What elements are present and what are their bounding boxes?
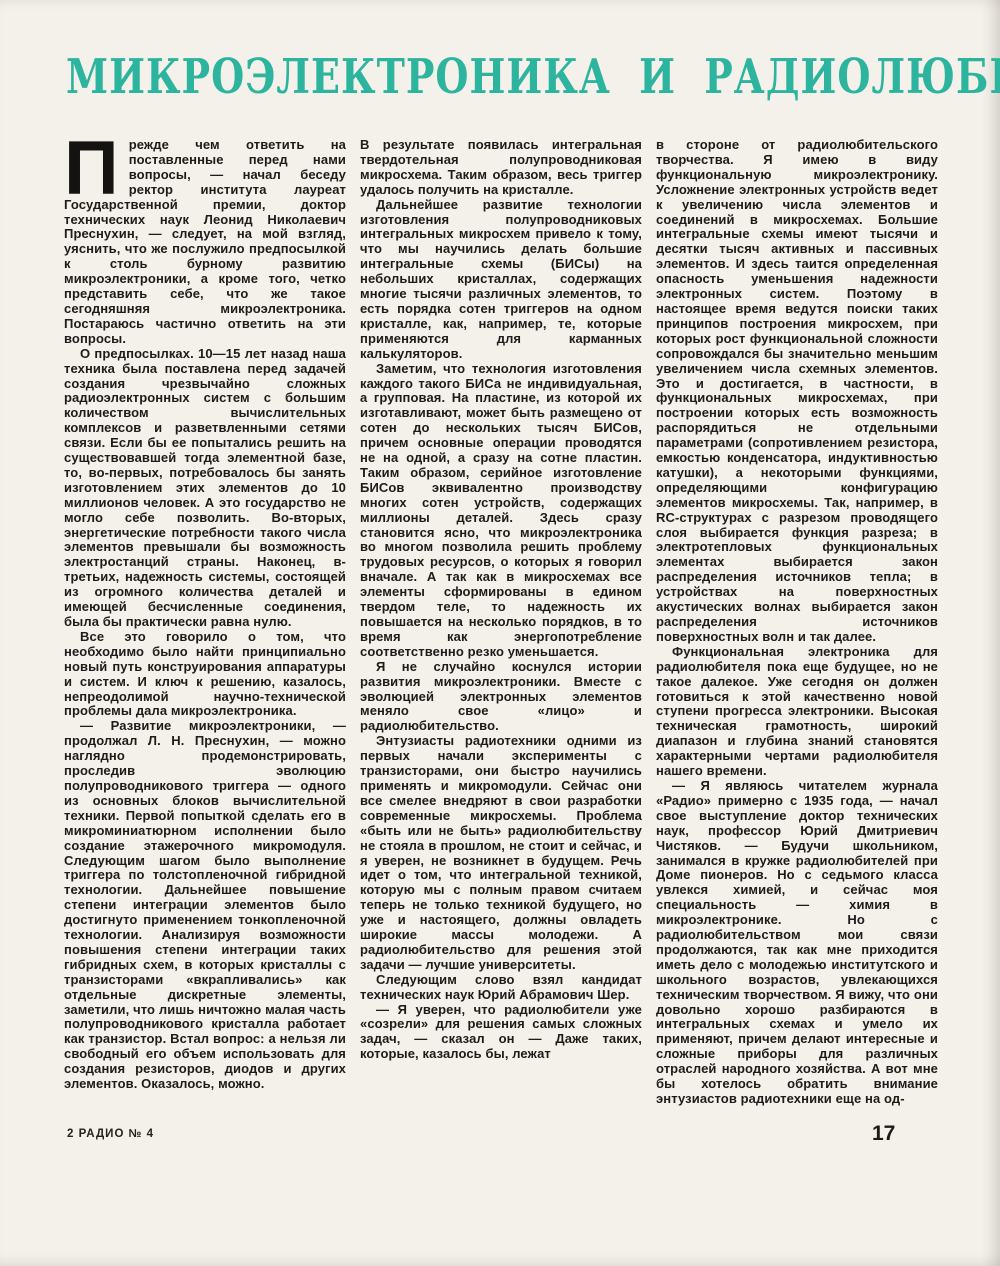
page-title: МИКРОЭЛЕКТРОНИКА И РАДИОЛЮБИТЕЛЬ: [66, 48, 938, 104]
journal-issue-label: 2 РАДИО № 4: [67, 1128, 154, 1140]
paragraph: Я не случайно коснулся истории развития …: [360, 660, 642, 735]
paragraph: Все это говорило о том, что необходимо б…: [64, 630, 346, 719]
paragraph: Дальнейшее развитие технологии изготовле…: [360, 198, 642, 362]
paragraph: Энтузиасты радиотехники одними из первых…: [360, 734, 642, 973]
drop-cap: П: [64, 141, 119, 197]
article-body: Прежде чем ответить на поставленные пере…: [64, 138, 938, 1107]
paragraph: — Я являюсь читателем журнала «Радио» пр…: [656, 779, 938, 1107]
article-column-2: В результате появилась интегральная твер…: [360, 138, 642, 1107]
article-column-1: Прежде чем ответить на поставленные пере…: [64, 138, 346, 1107]
paragraph: Следующим слово взял кандидат технически…: [360, 973, 642, 1003]
page-number: 17: [872, 1122, 895, 1146]
paragraph: — Развитие микроэлектроники, — продолжал…: [64, 719, 346, 1092]
paragraph: Заметим, что технология изготовления каж…: [360, 362, 642, 660]
paragraph: В результате появилась интегральная твер…: [360, 138, 642, 198]
paragraph: — Я уверен, что радиолюбители уже «созре…: [360, 1003, 642, 1063]
paragraph: О предпосылках. 10—15 лет назад наша тех…: [64, 347, 346, 630]
paragraph: Прежде чем ответить на поставленные пере…: [64, 138, 346, 347]
article-column-3: в стороне от радиолюбительского творчест…: [656, 138, 938, 1107]
paragraph: Функциональная электроника для радиолюби…: [656, 645, 938, 779]
paragraph: в стороне от радиолюбительского творчест…: [656, 138, 938, 645]
magazine-page: МИКРОЭЛЕКТРОНИКА И РАДИОЛЮБИТЕЛЬ Прежде …: [0, 0, 1000, 1266]
